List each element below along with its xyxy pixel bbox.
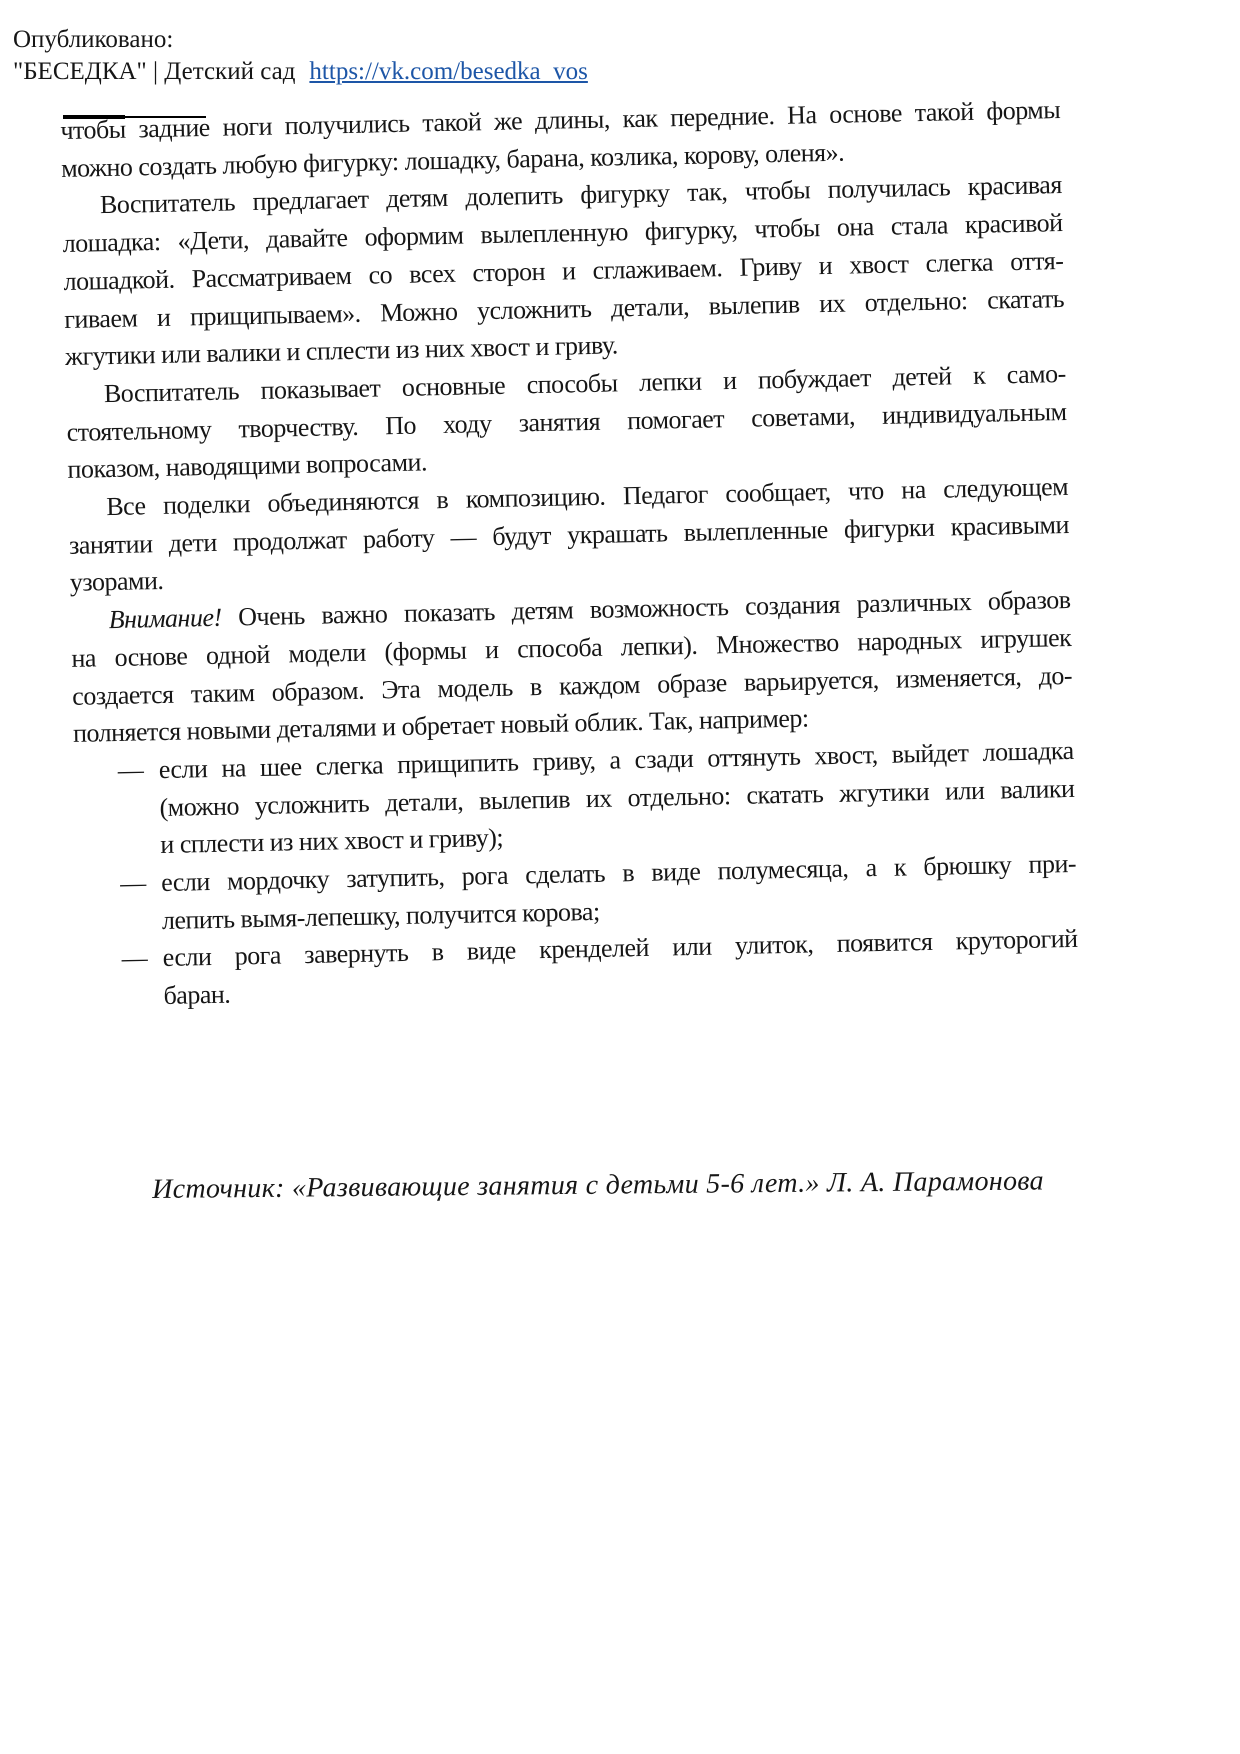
published-header: Опубликовано: "БЕСЕДКА" | Детский садhtt…: [13, 24, 588, 88]
list-dash: —: [120, 864, 146, 902]
list-item: —если на шее слегка прищипить гриву, а с…: [73, 732, 1075, 866]
list-dash: —: [121, 940, 147, 978]
vk-link[interactable]: https://vk.com/besedka_vos: [309, 58, 587, 85]
paragraph: Воспитатель показывает основные способы …: [66, 355, 1068, 489]
published-label: Опубликовано:: [13, 24, 588, 56]
source-group-name: "БЕСЕДКА" | Детский сад: [13, 58, 295, 85]
paragraph: Внимание! Очень важно показать детям воз…: [70, 581, 1073, 753]
published-source-line: "БЕСЕДКА" | Детский садhttps://vk.com/be…: [13, 56, 588, 88]
document-page: Опубликовано: "БЕСЕДКА" | Детский садhtt…: [0, 0, 1240, 1754]
emphasis-text: Внимание!: [108, 603, 222, 634]
paragraph: Воспитатель предлагает детям долепить фи…: [62, 166, 1066, 375]
list-dash: —: [117, 751, 143, 789]
source-citation: Источник: «Развивающие занятия с детьми …: [152, 1165, 1044, 1206]
paragraph: Все поделки объединяются в композицию. П…: [68, 468, 1070, 602]
article-body: чтобы задние ноги получились такой же дл…: [60, 91, 1079, 1017]
